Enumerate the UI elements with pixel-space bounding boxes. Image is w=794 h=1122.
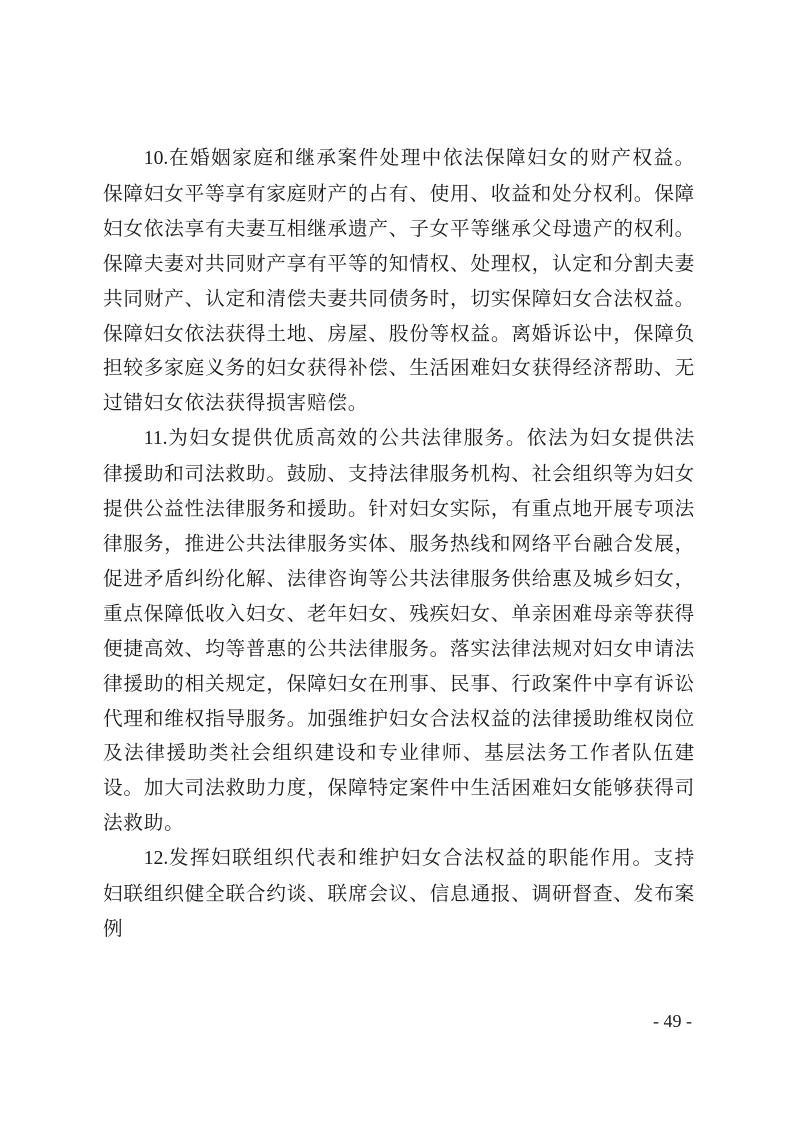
paragraph-number: 12. — [144, 848, 169, 869]
paragraph-number: 10. — [144, 148, 169, 169]
document-page: 10.在婚姻家庭和继承案件处理中依法保障妇女的财产权益。保障妇女平等享有家庭财产… — [0, 0, 794, 1122]
body-text: 10.在婚姻家庭和继承案件处理中依法保障妇女的财产权益。保障妇女平等享有家庭财产… — [103, 141, 695, 947]
paragraph-text: 为妇女提供优质高效的公共法律服务。依法为妇女提供法律援助和司法救助。鼓励、支持法… — [103, 426, 695, 834]
paragraph-text: 发挥妇联组织代表和维护妇女合法权益的职能作用。支持妇联组织健全联合约谈、联席会议… — [103, 846, 695, 940]
page-number: - 49 - — [653, 1011, 692, 1032]
paragraph-11: 11.为妇女提供优质高效的公共法律服务。依法为妇女提供法律援助和司法救助。鼓励、… — [103, 421, 695, 841]
paragraph-text: 在婚姻家庭和继承案件处理中依法保障妇女的财产权益。保障妇女平等享有家庭财产的占有… — [103, 146, 695, 414]
paragraph-12: 12.发挥妇联组织代表和维护妇女合法权益的职能作用。支持妇联组织健全联合约谈、联… — [103, 841, 695, 947]
paragraph-number: 11. — [144, 428, 168, 449]
paragraph-10: 10.在婚姻家庭和继承案件处理中依法保障妇女的财产权益。保障妇女平等享有家庭财产… — [103, 141, 695, 421]
